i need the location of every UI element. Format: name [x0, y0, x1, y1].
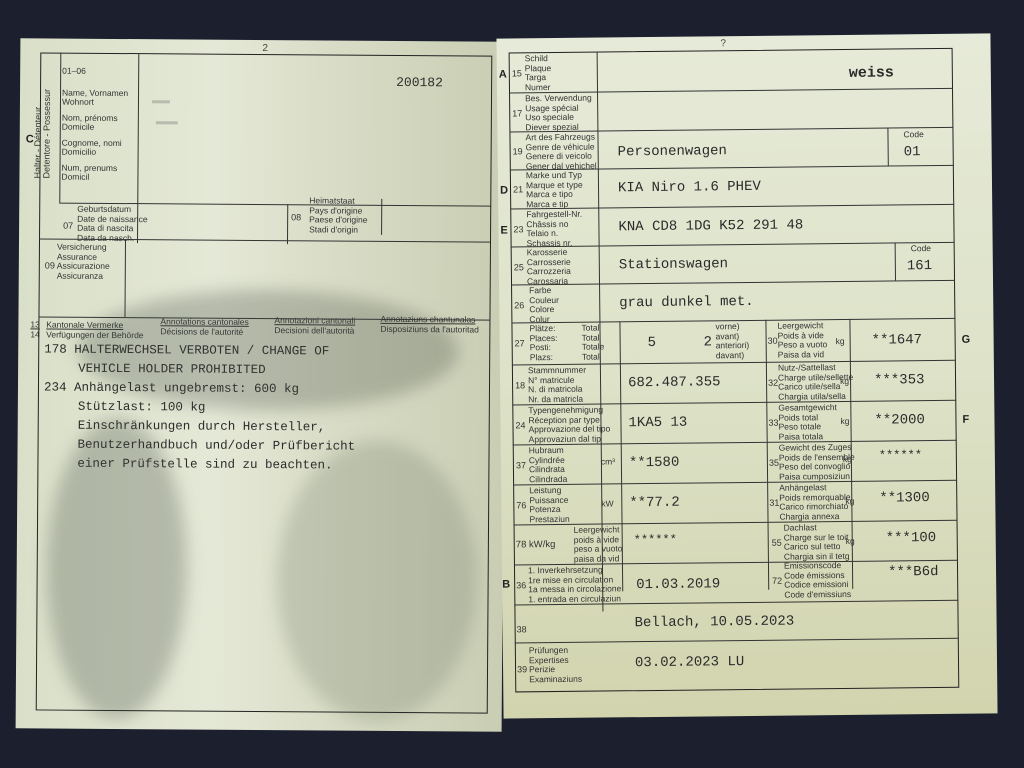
page-number: 2 [262, 43, 268, 54]
emission-code-value: ***B6d [888, 564, 939, 581]
left-page: 2 C Halter - Détenteur Detentore - Posse… [16, 38, 507, 731]
holder-label-it-rm: Detentore - Possessur [42, 89, 52, 179]
plate-value: weiss [849, 64, 894, 81]
empty-weight-value: **1647 [872, 332, 923, 349]
payload-value: ***353 [874, 372, 925, 389]
chassis-number-value: KNA CD8 1DG K52 291 48 [618, 217, 803, 235]
field-08-labels: Heimatstaat Pays d'origine Paese d'origi… [309, 196, 368, 234]
body-type-value: Stationswagen [619, 256, 728, 273]
displacement-value: **1580 [629, 455, 680, 472]
vehicle-type-code: 01 [904, 144, 921, 160]
holder-name-redacted [152, 94, 182, 134]
registry-number-value: 682.487.355 [628, 374, 721, 391]
seats-total-value: 5 [648, 335, 657, 351]
page-number: ? [720, 38, 726, 49]
seats-front-value: 2 [704, 334, 713, 350]
inspection-value: 03.02.2023 LU [635, 654, 744, 671]
right-page: ? A 15 Schild Plaque Targa Numer weiss 1… [496, 33, 997, 718]
field-01-06-labels: 01–06 Name, Vornamen Wohnort Nom, prénom… [61, 67, 137, 183]
color-value: grau dunkel met. [619, 294, 754, 311]
make-model-value: KIA Niro 1.6 PHEV [618, 179, 761, 196]
body-type-code: 161 [907, 258, 932, 274]
first-registration-date-value: 01.03.2019 [636, 576, 720, 593]
power-to-weight-value: ****** [634, 533, 677, 547]
roof-load-value: ***100 [886, 530, 937, 547]
holder-reference-number: 200182 [396, 75, 443, 90]
vehicle-type-value: Personenwagen [618, 143, 727, 160]
type-approval-value: 1KA5 13 [628, 415, 687, 432]
towing-capacity-value: **1300 [879, 490, 930, 507]
field-09-labels: Versicherung Assurance Assicurazione Ass… [57, 243, 110, 281]
train-weight-value: ****** [879, 448, 922, 462]
issue-place-date-value: Bellach, 10.05.2023 [634, 614, 794, 632]
power-value: **77.2 [629, 495, 680, 512]
gross-weight-value: **2000 [874, 412, 925, 429]
